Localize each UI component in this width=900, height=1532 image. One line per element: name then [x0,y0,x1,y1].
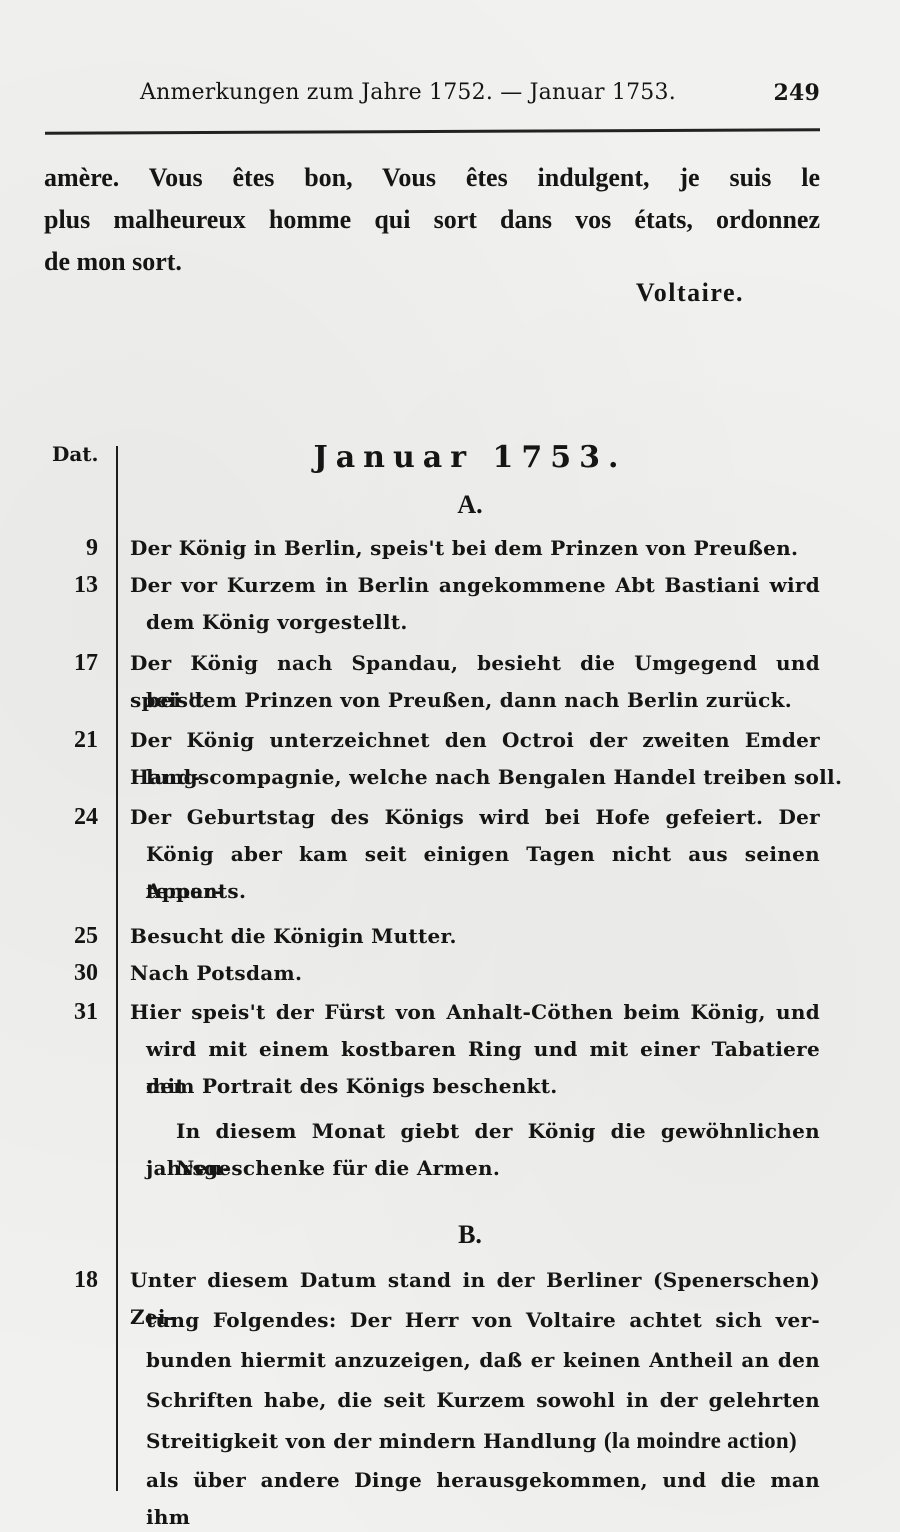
entry-day: 9 [50,530,98,567]
latin-gloss: (la moindre action) [604,1428,797,1453]
book-page: Anmerkungen zum Jahre 1752. — Januar 175… [0,0,900,1532]
quote-line: de mon sort. [44,241,820,283]
page-number: 249 [773,80,820,106]
entry-line: bunden hiermit anzuzeigen, daß er keinen… [146,1342,820,1379]
date-column-rule [116,446,118,1491]
entry-line: Der König in Berlin, speis't bei dem Pri… [130,530,820,567]
entry-day: 18 [50,1262,98,1299]
header-rule [45,128,820,134]
entry-line: lungscompagnie, welche nach Bengalen Han… [146,759,820,796]
entry-day: 25 [50,918,98,955]
entry-line: Der Geburtstag des Königs wird bei Hofe … [130,799,820,836]
date-column-label: Dat. [52,442,99,466]
entry-line: Nach Potsdam. [130,955,820,992]
note-line: jahrsgeschenke für die Armen. [146,1150,820,1187]
entry-line-text: Streitigkeit von der mindern Handlung [146,1429,597,1453]
section-heading-b: B. [120,1220,820,1250]
entry-day: 17 [50,645,98,682]
running-head-title: Anmerkungen zum Jahre 1752. — Januar 175… [140,80,676,105]
entry-line: bei dem Prinzen von Preußen, dann nach B… [146,682,820,719]
entry-line: Besucht die Königin Mutter. [130,918,820,955]
quote-line: plus malheureux homme qui sort dans vos … [44,199,820,241]
entry-day: 13 [50,567,98,604]
month-title: Januar 1753. [120,440,820,475]
entry-line: dem Portrait des Königs beschenkt. [146,1068,820,1105]
entry-line: tung Folgendes: Der Herr von Voltaire ac… [146,1302,820,1339]
entry-line: Streitigkeit von der mindern Handlung (l… [146,1422,820,1460]
entry-line: Hier speis't der Fürst von Anhalt-Cöthen… [130,994,820,1031]
entry-day: 21 [50,722,98,759]
entry-line: tements. [146,873,820,910]
quote-line: amère. Vous êtes bon, Vous êtes indulgen… [44,157,820,199]
entry-day: 24 [50,799,98,836]
entry-day: 30 [50,955,98,992]
entry-line: als über andere Dinge herausgekommen, un… [146,1462,820,1532]
entry-day: 31 [50,994,98,1031]
entry-line: Der vor Kurzem in Berlin angekommene Abt… [130,567,820,604]
quote-signature: Voltaire. [636,278,744,308]
entry-line: Schriften habe, die seit Kurzem sowohl i… [146,1382,820,1419]
section-heading-a: A. [120,490,820,520]
entry-line: dem König vorgestellt. [146,604,820,641]
